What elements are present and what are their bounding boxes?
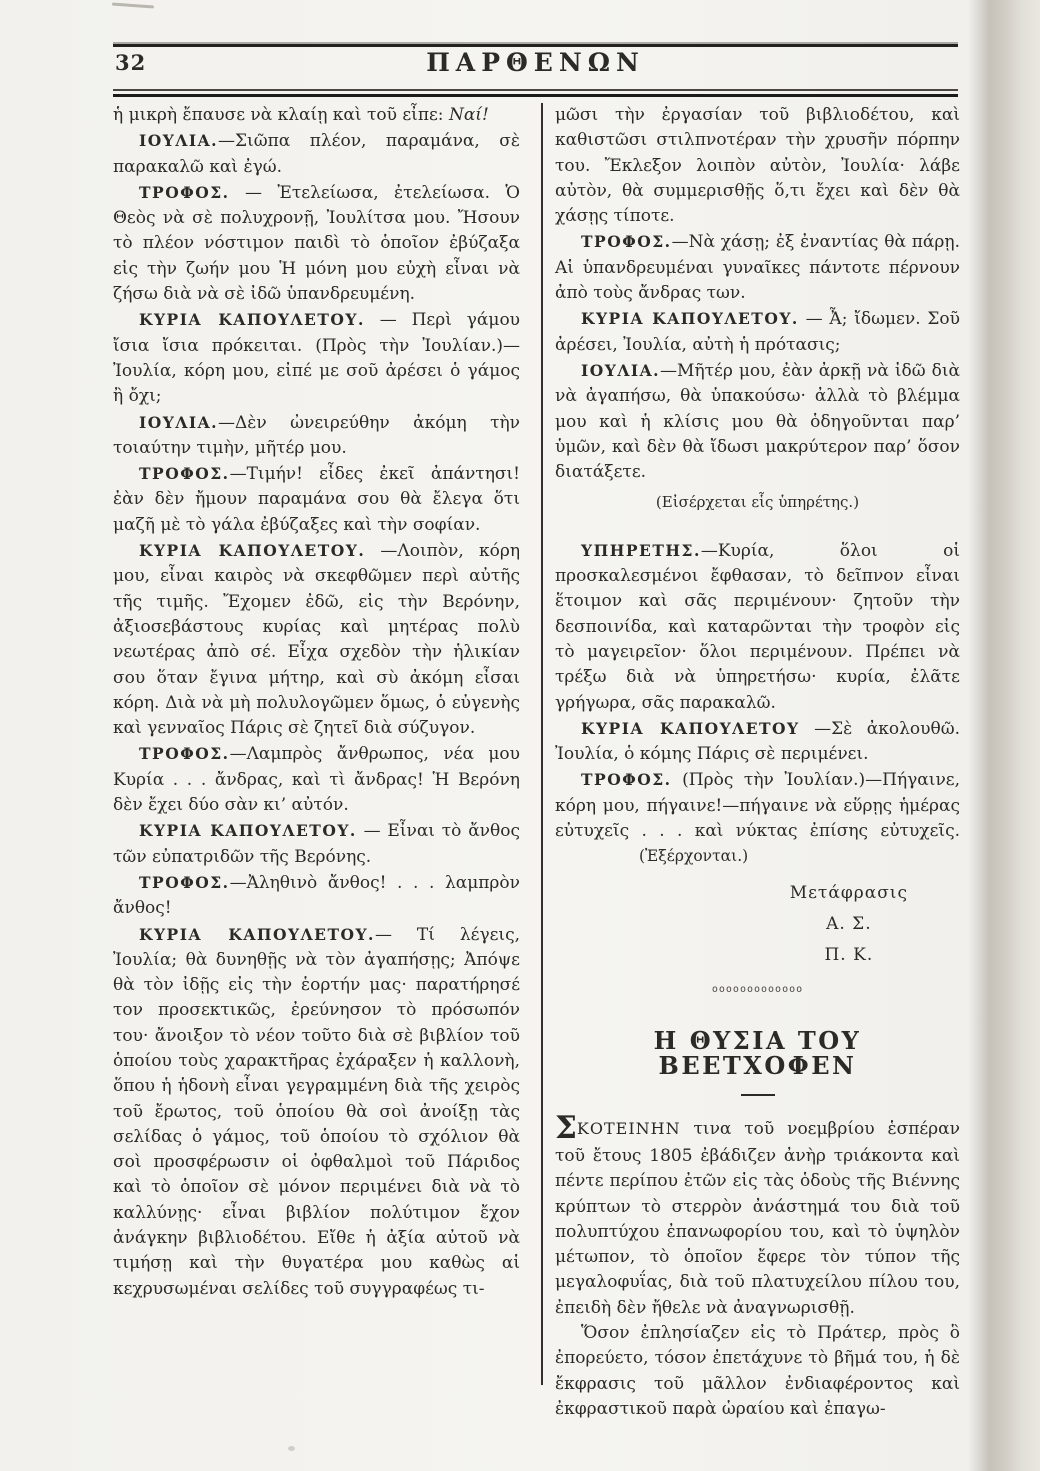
paragraph-text: —Λοιπὸν, κόρη μου, εἶναι καιρὸς νὰ σκεφθ… — [113, 541, 520, 738]
dialogue-paragraph: ΤΡΟΦΟΣ. (Πρὸς τὴν Ἰουλίαν.)—Πήγαινε, κόρ… — [555, 767, 960, 869]
speaker-label: ΤΡΟΦΟΣ. — [581, 770, 672, 789]
speaker-label: ΚΥΡΙΑ ΚΑΠΟΥΛΕΤΟΥ. — [139, 541, 365, 560]
scan-speck — [288, 1446, 295, 1451]
speaker-label: ΚΥΡΙΑ ΚΑΠΟΥΛΕΤΟΥ. — [139, 310, 365, 329]
dialogue-paragraph: ΚΥΡΙΑ ΚΑΠΟΥΛΕΤΟΥ. —Λοιπὸν, κόρη μου, εἶν… — [113, 538, 520, 741]
translator-signature: ΜετάφρασιςΑ. Σ.Π. Κ. — [790, 878, 908, 971]
paragraph-text: — Τί λέγεις, Ἰουλία; θὰ δυνηθῇς νὰ τὸν ἀ… — [113, 925, 520, 1299]
speaker-label: ΤΡΟΦΟΣ. — [139, 744, 230, 763]
header-rule-top — [113, 44, 958, 47]
dialogue-paragraph: ΤΡΟΦΟΣ.—Τιμήν! εἶδες ἐκεῖ ἀπάντησι! ἐὰν … — [113, 461, 520, 538]
paragraph-text: ἡ μικρὴ ἔπαυσε νὰ κλαίῃ καὶ τοῦ εἶπε: — [113, 105, 449, 125]
speaker-label: ΙΟΥΛΙΑ. — [139, 131, 218, 150]
dialogue-paragraph: ΙΟΥΛΙΑ.—Δὲν ὠνειρεύθην ἀκόμη τὴν τοιαύτη… — [113, 410, 520, 462]
paragraph: Ὅσον ἐπλησίαζεν εἰς τὸ Πράτερ, πρὸς ὃ ἐπ… — [555, 1321, 960, 1422]
speaker-label: ΥΠΗΡΕΤΗΣ. — [581, 541, 701, 560]
speaker-label: ΚΥΡΙΑ ΚΑΠΟΥΛΕΤΟΥ. — [139, 925, 375, 944]
speaker-label: ΚΥΡΙΑ ΚΑΠΟΥΛΕΤΟΥ. — [581, 309, 799, 328]
speaker-label: ΤΡΟΦΟΣ. — [139, 873, 230, 892]
paragraph: ΣΚΟΤΕΙΝΗΝ τινα τοῦ νοεμβρίου ἑσπέραν τοῦ… — [555, 1113, 960, 1321]
dialogue-paragraph: ΚΥΡΙΑ ΚΑΠΟΥΛΕΤΟΥ. — Εἶναι τὸ ἄνθος τῶν ε… — [113, 818, 520, 870]
header-rule-bottom-thick — [113, 94, 958, 98]
title-rule — [741, 1094, 775, 1097]
text-columns: ἡ μικρὴ ἔπαυσε νὰ κλαίῃ καὶ τοῦ εἶπε: Να… — [113, 103, 962, 1422]
dialogue-paragraph: ΤΡΟΦΟΣ. — Ἐτελείωσα, ἐτελείωσα. Ὁ Θεὸς ν… — [113, 180, 520, 307]
speaker-label: ΤΡΟΦΟΣ. — [581, 232, 672, 251]
drop-cap-letter: Σ — [555, 1110, 577, 1146]
paragraph-text: —Κυρία, ὅλοι οἱ προσκαλεσμένοι ἔφθασαν, … — [555, 541, 960, 713]
page-edge-shadow — [968, 0, 1040, 1471]
dialogue-paragraph: ΚΥΡΙΑ ΚΑΠΟΥΛΕΤΟΥ.— Τί λέγεις, Ἰουλία; θὰ… — [113, 922, 520, 1302]
paragraph: μῶσι τὴν ἐργασίαν τοῦ βιβλιοδέτου, καὶ κ… — [555, 103, 960, 229]
dialogue-paragraph: ΤΡΟΦΟΣ.—Νὰ χάσῃ; ἐξ ἐναντίας θὰ πάρῃ. Αἱ… — [555, 229, 960, 306]
speaker-label: ΙΟΥΛΙΑ. — [139, 413, 218, 432]
stage-direction: (Εἰσέρχεται εἷς ὑπηρέτης.) — [555, 490, 960, 515]
dialogue-paragraph: ΙΟΥΛΙΑ.—Σιῶπα πλέον, παραμάνα, σὲ παρακα… — [113, 128, 520, 180]
masthead-title: ΠΑΡΘΕΝΩΝ — [113, 48, 958, 77]
signature-line: Α. Σ. — [790, 909, 908, 940]
ornament-divider: ooooooooooooo — [555, 977, 960, 1002]
stage-note: (Ἐξέρχονται.) — [613, 844, 748, 869]
paragraph-text: μῶσι τὴν ἐργασίαν τοῦ βιβλιοδέτου, καὶ κ… — [555, 105, 960, 226]
article-title: Η ΘΥΣΙΑ ΤΟΥ ΒΕΕΤΧΟΦΕΝ — [555, 1028, 960, 1079]
speaker-label: ΙΟΥΛΙΑ. — [581, 361, 660, 380]
right-column: μῶσι τὴν ἐργασίαν τοῦ βιβλιοδέτου, καὶ κ… — [555, 103, 960, 1422]
signature-line: Μετάφρασις — [790, 878, 908, 909]
signature-line: Π. Κ. — [790, 940, 908, 971]
paragraph-text: Ὅσον ἐπλησίαζεν εἰς τὸ Πράτερ, πρὸς ὃ ἐπ… — [555, 1323, 960, 1419]
dialogue-paragraph: ΥΠΗΡΕΤΗΣ.—Κυρία, ὅλοι οἱ προσκαλεσμένοι … — [555, 538, 960, 716]
dialogue-paragraph: ΚΥΡΙΑ ΚΑΠΟΥΛΕΤΟΥ. — Ἆ; ἴδωμεν. Σοῦ ἀρέσε… — [555, 306, 960, 358]
dialogue-paragraph: ΤΡΟΦΟΣ.—Ἀληθινὸ ἄνθος! . . . λαμπρὸν ἄνθ… — [113, 870, 520, 922]
dialogue-paragraph: ΚΥΡΙΑ ΚΑΠΟΥΛΕΤΟΥ. — Περὶ γάμου ἴσια ἴσια… — [113, 307, 520, 409]
speaker-label: ΤΡΟΦΟΣ. — [139, 464, 230, 483]
speaker-label: ΚΥΡΙΑ ΚΑΠΟΥΛΕΤΟΥ. — [139, 821, 357, 840]
left-column: ἡ μικρὴ ἔπαυσε νὰ κλαίῃ καὶ τοῦ εἶπε: Να… — [113, 103, 520, 1302]
paragraph-text: τινα τοῦ νοεμβρίου ἑσπέραν τοῦ ἔτους 180… — [555, 1119, 960, 1318]
paragraph: ἡ μικρὴ ἔπαυσε νὰ κλαίῃ καὶ τοῦ εἶπε: Να… — [113, 103, 520, 128]
dialogue-paragraph: ΚΥΡΙΑ ΚΑΠΟΥΛΕΤΟΥ —Σὲ ἀκολουθῶ. Ἰουλία, ὁ… — [555, 716, 960, 768]
dialogue-paragraph: ΙΟΥΛΙΑ.—Μῆτέρ μου, ἐὰν ἀρκῇ νὰ ἰδῶ διὰ ν… — [555, 358, 960, 485]
header-rule-bottom-thin — [113, 89, 958, 91]
speaker-label: ΚΥΡΙΑ ΚΑΠΟΥΛΕΤΟΥ — [581, 719, 800, 738]
column-divider — [541, 103, 543, 1385]
emphasized-word: Ναί! — [449, 105, 489, 125]
dialogue-paragraph: ΤΡΟΦΟΣ.—Λαμπρὸς ἄνθρωπος, νέα μου Κυρία … — [113, 741, 520, 818]
speaker-label: ΤΡΟΦΟΣ. — [139, 183, 230, 202]
scan-speck — [112, 3, 154, 9]
scanned-page: 32 ΠΑΡΘΕΝΩΝ ἡ μικρὴ ἔπαυσε νὰ κλαίῃ καὶ … — [0, 0, 1040, 1471]
lead-word: ΚΟΤΕΙΝΗΝ — [577, 1119, 681, 1138]
